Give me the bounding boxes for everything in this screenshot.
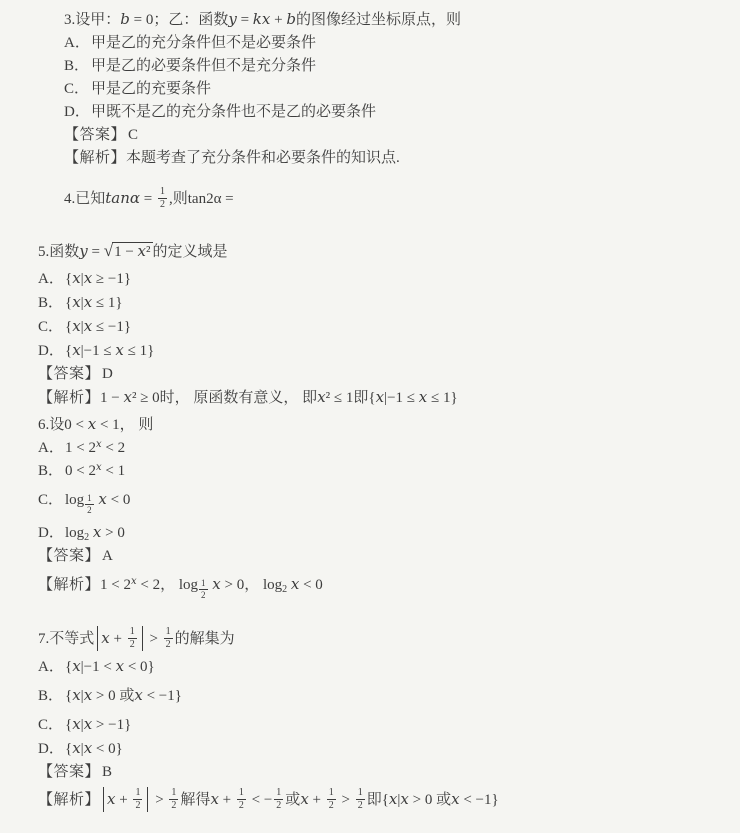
option-key: D． [38, 738, 65, 760]
question-6-option-a: A．1 < 2x < 2 [38, 437, 740, 459]
document-page: 3.设甲：b = 0；乙：函数y = kx + b的图像经过坐标原点，则 A．甲… [0, 0, 740, 833]
answer-value: D [102, 366, 113, 382]
question-7: 7.不等式x + 12 > 12的解集为 A．{x|−1 < x < 0} B．… [38, 626, 740, 812]
question-7-answer-row: 【答案】B [38, 761, 740, 783]
question-7-analysis-row: 【解析】x + 12 > 12解得x + 12 < −12或x + 12 > 1… [38, 787, 740, 812]
answer-value: A [102, 548, 113, 564]
option-text: {x|x ≤ 1} [65, 295, 123, 311]
option-key: C． [64, 78, 91, 100]
analysis-label: 【解析】 [64, 150, 126, 166]
analysis-text: 1 < 2x < 2， log12 x > 0， log2 x < 0 [100, 577, 323, 593]
option-text: log12 x < 0 [65, 492, 130, 508]
answer-value: C [128, 127, 138, 143]
question-5-analysis-row: 【解析】1 − x² ≥ 0时， 原函数有意义， 即x² ≤ 1即{x|−1 ≤… [38, 386, 740, 409]
option-key: B． [38, 685, 65, 707]
option-text: {x|x < 0} [65, 741, 123, 757]
question-3: 3.设甲：b = 0；乙：函数y = kx + b的图像经过坐标原点，则 A．甲… [64, 8, 740, 169]
question-4: 4.已知tanα = 12,则tan2α = [64, 187, 740, 210]
question-6-option-b: B．0 < 2x < 1 [38, 460, 740, 482]
option-key: A． [38, 268, 65, 290]
option-text: 1 < 2x < 2 [65, 440, 125, 456]
question-7-option-d: D．{x|x < 0} [38, 737, 740, 760]
option-key: C． [38, 316, 65, 338]
option-text: {x|x ≥ −1} [65, 271, 131, 287]
option-text: {x|−1 ≤ x ≤ 1} [65, 343, 154, 359]
question-6-option-d: D．log2 x > 0 [38, 521, 740, 544]
question-3-option-b: B．甲是乙的必要条件但不是充分条件 [64, 55, 740, 77]
question-6: 6.设0 < x < 1， 则 A．1 < 2x < 2 B．0 < 2x < … [38, 413, 740, 600]
answer-label: 【答案】 [38, 764, 100, 780]
option-key: B． [38, 292, 65, 314]
option-key: B． [38, 460, 65, 482]
question-6-option-c: C．log12 x < 0 [38, 488, 740, 515]
analysis-text: x + 12 > 12解得x + 12 < −12或x + 12 > 12即{x… [100, 792, 499, 808]
option-text: {x|x > −1} [65, 717, 131, 733]
question-7-option-c: C．{x|x > −1} [38, 713, 740, 736]
option-text: {x|x ≤ −1} [65, 319, 131, 335]
option-key: D． [38, 522, 65, 544]
question-3-answer-row: 【答案】C [64, 124, 740, 146]
question-5-title: 5.函数y = √1 − x²的定义域是 [38, 240, 740, 263]
answer-label: 【答案】 [64, 127, 126, 143]
question-5-option-a: A．{x|x ≥ −1} [38, 267, 740, 290]
question-5-answer-row: 【答案】D [38, 363, 740, 385]
analysis-text: 1 − x² ≥ 0时， 原函数有意义， 即x² ≤ 1即{x|−1 ≤ x ≤… [100, 390, 458, 406]
question-5-option-d: D．{x|−1 ≤ x ≤ 1} [38, 339, 740, 362]
question-5-option-b: B．{x|x ≤ 1} [38, 291, 740, 314]
option-text: 甲是乙的充分条件但不是必要条件 [91, 35, 316, 51]
question-3-option-c: C．甲是乙的充要条件 [64, 78, 740, 100]
question-5: 5.函数y = √1 − x²的定义域是 A．{x|x ≥ −1} B．{x|x… [38, 240, 740, 409]
option-key: C． [38, 489, 65, 511]
question-7-title: 7.不等式x + 12 > 12的解集为 [38, 626, 740, 651]
question-5-option-c: C．{x|x ≤ −1} [38, 315, 740, 338]
answer-value: B [102, 764, 112, 780]
option-key: A． [38, 437, 65, 459]
option-text: log2 x > 0 [65, 525, 125, 541]
option-text: {x|−1 < x < 0} [65, 659, 155, 675]
option-key: D． [38, 340, 65, 362]
option-text: 甲是乙的必要条件但不是充分条件 [91, 58, 316, 74]
question-6-title: 6.设0 < x < 1， 则 [38, 413, 740, 436]
option-key: C． [38, 714, 65, 736]
option-text: 0 < 2x < 1 [65, 463, 125, 479]
answer-label: 【答案】 [38, 548, 100, 564]
answer-label: 【答案】 [38, 366, 100, 382]
option-text: 甲既不是乙的充分条件也不是乙的必要条件 [91, 104, 376, 120]
analysis-label: 【解析】 [38, 792, 100, 808]
option-key: A． [38, 656, 65, 678]
analysis-label: 【解析】 [38, 577, 100, 593]
question-7-option-a: A．{x|−1 < x < 0} [38, 655, 740, 678]
question-3-option-d: D．甲既不是乙的充分条件也不是乙的必要条件 [64, 101, 740, 123]
question-4-title: 4.已知tanα = 12,则tan2α = [64, 187, 740, 210]
option-key: A． [64, 32, 91, 54]
question-3-analysis-row: 【解析】本题考查了充分条件和必要条件的知识点. [64, 147, 740, 169]
analysis-label: 【解析】 [38, 390, 100, 406]
option-key: D． [64, 101, 91, 123]
analysis-text: 本题考查了充分条件和必要条件的知识点. [126, 150, 400, 166]
question-6-answer-row: 【答案】A [38, 545, 740, 567]
question-7-option-b: B．{x|x > 0 或x < −1} [38, 684, 740, 707]
question-6-analysis-row: 【解析】1 < 2x < 2， log12 x > 0， log2 x < 0 [38, 573, 740, 600]
option-text: {x|x > 0 或x < −1} [65, 688, 182, 704]
option-key: B． [64, 55, 91, 77]
question-3-option-a: A．甲是乙的充分条件但不是必要条件 [64, 32, 740, 54]
question-3-title: 3.设甲：b = 0；乙：函数y = kx + b的图像经过坐标原点，则 [64, 8, 740, 31]
option-text: 甲是乙的充要条件 [91, 81, 211, 97]
